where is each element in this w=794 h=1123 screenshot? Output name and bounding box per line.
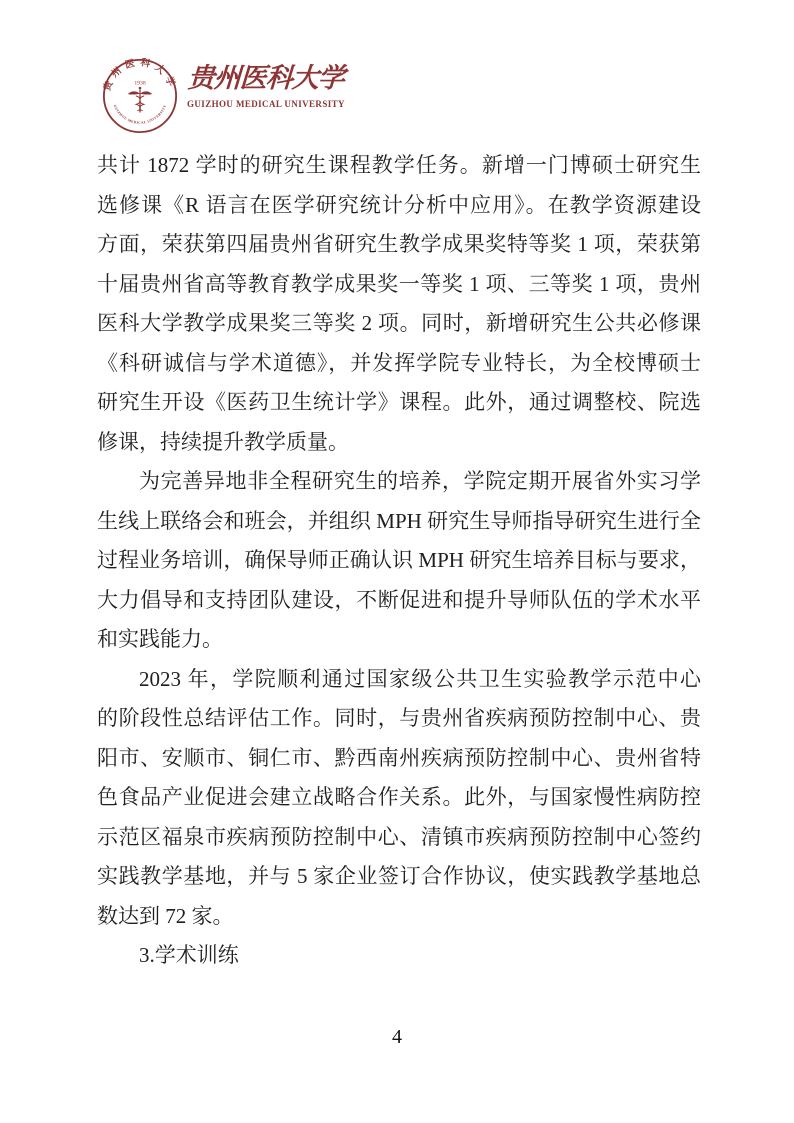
- document-page: 贵州医科大学 1938 GUIZHOU MEDICAL UNIVERSITY 贵…: [0, 0, 794, 1123]
- text-line: 为完善异地非全程研究生的培养，学院定期开展省外实习学: [97, 462, 701, 502]
- text-line: 数达到 72 家。: [97, 897, 701, 937]
- document-body: 共计 1872 学时的研究生课程教学任务。新增一门博硕士研究生选修课《R 语言在…: [97, 146, 701, 976]
- text-line: 十届贵州省高等教育教学成果奖一等奖 1 项、三等奖 1 项，贵州: [97, 265, 701, 305]
- text-line: 大力倡导和支持团队建设，不断促进和提升导师队伍的学术水平: [97, 581, 701, 621]
- text-line: 实践教学基地，并与 5 家企业签订合作协议，使实践教学基地总: [97, 857, 701, 897]
- text-line: 医科大学教学成果奖三等奖 2 项。同时，新增研究生公共必修课: [97, 304, 701, 344]
- text-line: 《科研诚信与学术道德》，并发挥学院专业特长，为全校博硕士: [97, 344, 701, 384]
- text-line: 阳市、安顺市、铜仁市、黔西南州疾病预防控制中心、贵州省特: [97, 739, 701, 779]
- text-line: 2023 年，学院顺利通过国家级公共卫生实验教学示范中心: [97, 660, 701, 700]
- university-seal-icon: 贵州医科大学 1938 GUIZHOU MEDICAL UNIVERSITY: [102, 58, 178, 134]
- text-line: 色食品产业促进会建立战略合作关系。此外，与国家慢性病防控: [97, 778, 701, 818]
- text-line: 3.学术训练: [97, 936, 701, 976]
- university-name-cn: 贵州医科大学: [187, 64, 346, 94]
- university-logo: 贵州医科大学 1938 GUIZHOU MEDICAL UNIVERSITY 贵…: [102, 58, 345, 134]
- text-line: 方面，荣获第四届贵州省研究生教学成果奖特等奖 1 项，荣获第: [97, 225, 701, 265]
- text-line: 研究生开设《医药卫生统计学》课程。此外，通过调整校、院选: [97, 383, 701, 423]
- caduceus-icon: [128, 87, 152, 112]
- text-line: 生线上联络会和班会，并组织 MPH 研究生导师指导研究生进行全: [97, 502, 701, 542]
- text-line: 过程业务培训，确保导师正确认识 MPH 研究生培养目标与要求，: [97, 541, 701, 581]
- text-line: 示范区福泉市疾病预防控制中心、清镇市疾病预防控制中心签约: [97, 818, 701, 858]
- text-line: 选修课《R 语言在医学研究统计分析中应用》。在教学资源建设: [97, 186, 701, 226]
- text-line: 和实践能力。: [97, 620, 701, 660]
- logo-wordmark: 贵州医科大学 GUIZHOU MEDICAL UNIVERSITY: [187, 58, 345, 109]
- text-line: 修课，持续提升教学质量。: [97, 423, 701, 463]
- text-line: 的阶段性总结评估工作。同时，与贵州省疾病预防控制中心、贵: [97, 699, 701, 739]
- university-name-en: GUIZHOU MEDICAL UNIVERSITY: [187, 99, 345, 109]
- seal-year: 1938: [134, 81, 146, 87]
- page-number: 4: [0, 1026, 794, 1049]
- text-line: 共计 1872 学时的研究生课程教学任务。新增一门博硕士研究生: [97, 146, 701, 186]
